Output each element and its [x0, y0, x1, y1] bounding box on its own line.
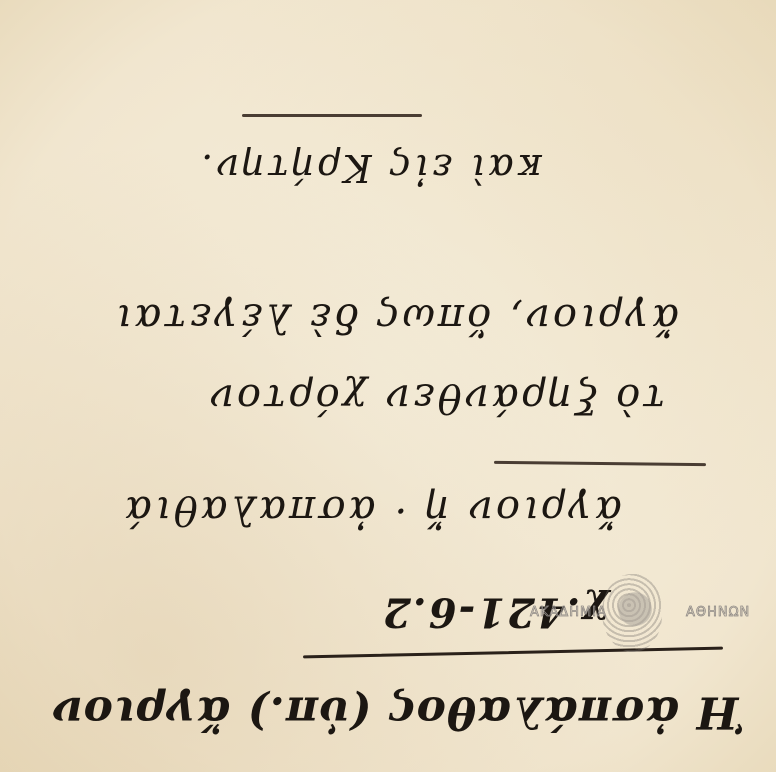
closing-line: καὶ εἰς Κρήτην.	[198, 146, 542, 190]
academy-watermark: ΑΚΑΔΗΜΙΑ ΑΘΗΝΩΝ	[600, 574, 776, 654]
reference-number: χ.421-6.2	[381, 589, 609, 636]
heading-line: Ἡ ἀσπάλαθος (ὑπ.) ἄγριον	[51, 687, 745, 738]
watermark-text-right: ΑΘΗΝΩΝ	[686, 605, 750, 620]
body-line: ἄγριον, ὅπως δὲ λέγεται	[113, 295, 679, 341]
divider-rule	[303, 647, 723, 659]
divider-rule	[242, 114, 422, 117]
divider-rule	[494, 461, 706, 466]
body-line: τὸ ξηράνθεν χόρτον	[207, 375, 666, 421]
body-line: ἄγριον ἤ · ἀσπαλαθιά	[122, 487, 622, 533]
index-card: Ἡ ἀσπάλαθος (ὑπ.) ἄγριον χ.421-6.2 ἄγριο…	[0, 0, 776, 772]
athena-head-icon	[602, 574, 662, 652]
